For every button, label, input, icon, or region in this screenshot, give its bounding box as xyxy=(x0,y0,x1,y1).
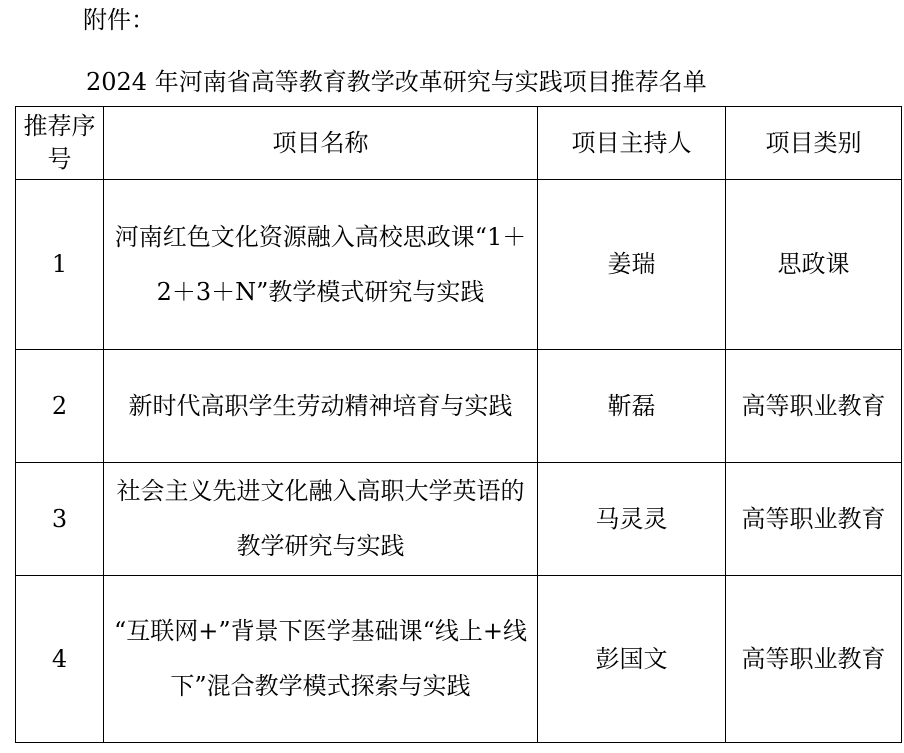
table-header-row: 推荐序号 项目名称 项目主持人 项目类别 xyxy=(16,107,902,180)
header-category: 项目类别 xyxy=(726,107,902,180)
row-category: 高等职业教育 xyxy=(726,350,902,463)
row-seq: 1 xyxy=(16,180,104,350)
row-project-name: 河南红色文化资源融入高校思政课“1＋2＋3＋N”教学模式研究与实践 xyxy=(104,180,538,350)
row-project-name: “互联网+”背景下医学基础课“线上+线下”混合教学模式探索与实践 xyxy=(104,576,538,743)
table-row: 2 新时代高职学生劳动精神培育与实践 靳磊 高等职业教育 xyxy=(16,350,902,463)
header-host: 项目主持人 xyxy=(538,107,726,180)
table-row: 4 “互联网+”背景下医学基础课“线上+线下”混合教学模式探索与实践 彭国文 高… xyxy=(16,576,902,743)
header-seq: 推荐序号 xyxy=(16,107,104,180)
row-host: 姜瑞 xyxy=(538,180,726,350)
row-host: 靳磊 xyxy=(538,350,726,463)
row-category: 思政课 xyxy=(726,180,902,350)
row-host: 马灵灵 xyxy=(538,463,726,576)
document-title: 2024 年河南省高等教育教学改革研究与实践项目推荐名单 xyxy=(86,64,846,100)
row-seq: 3 xyxy=(16,463,104,576)
recommendation-table: 推荐序号 项目名称 项目主持人 项目类别 1 河南红色文化资源融入高校思政课“1… xyxy=(15,106,902,743)
table-row: 3 社会主义先进文化融入高职大学英语的教学研究与实践 马灵灵 高等职业教育 xyxy=(16,463,902,576)
row-category: 高等职业教育 xyxy=(726,576,902,743)
table-row: 1 河南红色文化资源融入高校思政课“1＋2＋3＋N”教学模式研究与实践 姜瑞 思… xyxy=(16,180,902,350)
row-project-name: 社会主义先进文化融入高职大学英语的教学研究与实践 xyxy=(104,463,538,576)
header-name: 项目名称 xyxy=(104,107,538,180)
row-seq: 4 xyxy=(16,576,104,743)
row-host: 彭国文 xyxy=(538,576,726,743)
row-project-name: 新时代高职学生劳动精神培育与实践 xyxy=(104,350,538,463)
row-category: 高等职业教育 xyxy=(726,463,902,576)
row-seq: 2 xyxy=(16,350,104,463)
attachment-label: 附件： xyxy=(83,2,155,38)
